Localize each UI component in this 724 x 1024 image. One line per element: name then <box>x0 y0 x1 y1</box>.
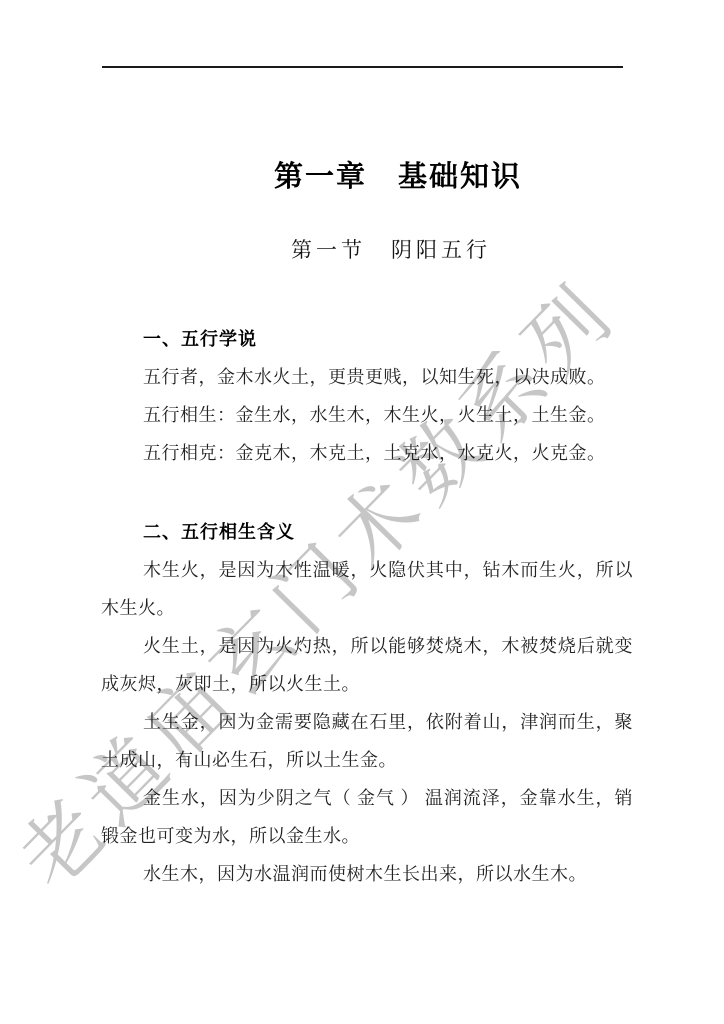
chapter-title: 第一章 基础知识 <box>274 160 522 194</box>
document-page: 老道庙玄门术数系列 第一章 基础知识 第一节 阴阳五行 一、五行学说 五行者，金… <box>0 0 724 1024</box>
paragraph-overcoming-cycle: 五行相克：金克木，木克土，土克水，水克火，火克金。 <box>101 434 633 472</box>
subsection-heading-generating-meaning: 二、五行相生含义 <box>101 513 633 551</box>
paragraph-wuxing-overview: 五行者，金木水火土，更贵更贱，以知生死，以决成败。 <box>101 358 633 396</box>
paragraph-wood-generates-fire: 木生火，是因为木性温暖，火隐伏其中，钻木而生火，所以木生火。 <box>101 551 633 627</box>
section-title: 第一节 阴阳五行 <box>291 236 491 264</box>
header-rule <box>102 66 623 68</box>
document-body: 一、五行学说 五行者，金木水火土，更贵更贱，以知生死，以决成败。 五行相生：金生… <box>101 301 633 893</box>
paragraph-earth-generates-metal: 土生金，因为金需要隐藏在石里，依附着山，津润而生，聚土成山，有山必生石，所以土生… <box>101 703 633 779</box>
paragraph-generating-cycle: 五行相生：金生水，水生木，木生火，火生土，土生金。 <box>101 396 633 434</box>
subsection-heading-wuxing-theory: 一、五行学说 <box>101 320 633 358</box>
paragraph-metal-generates-water: 金生水，因为少阴之气（ 金气 ） 温润流泽，金靠水生，销锻金也可变为水，所以金生… <box>101 779 633 855</box>
paragraph-water-generates-wood: 水生木，因为水温润而使树木生长出来，所以水生木。 <box>101 855 633 893</box>
paragraph-fire-generates-earth: 火生土，是因为火灼热，所以能够焚烧木，木被焚烧后就变成灰烬，灰即土，所以火生土。 <box>101 627 633 703</box>
